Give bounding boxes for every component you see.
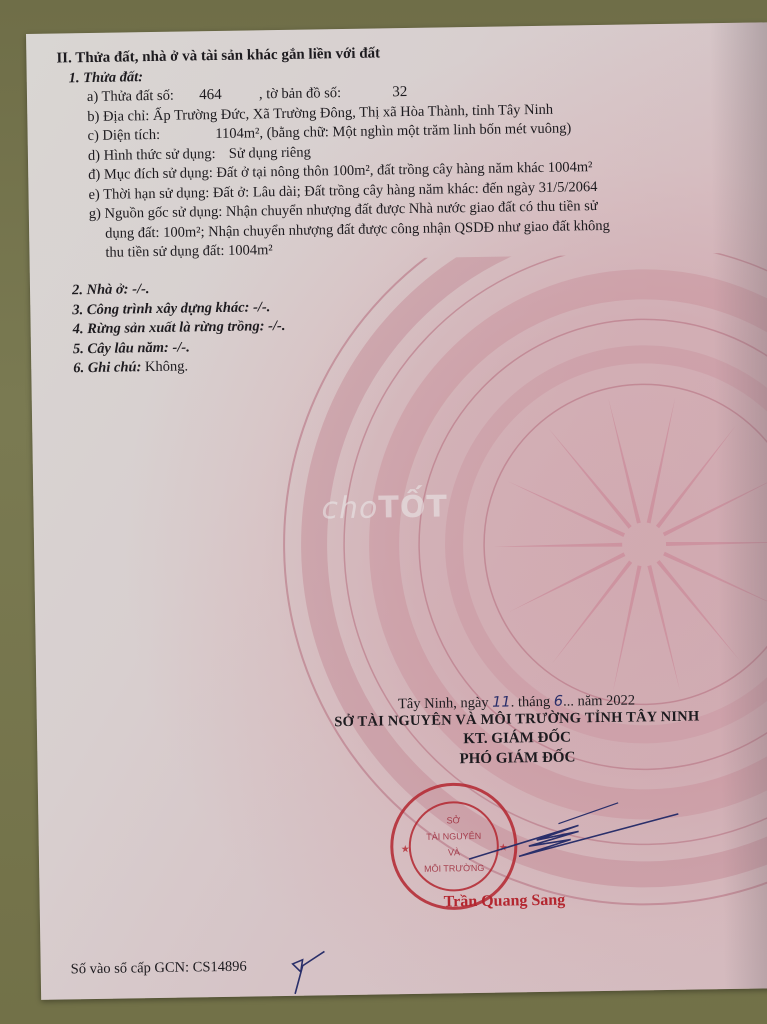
asset-item-value: Không. [145, 358, 188, 375]
certificate-register-number: Số vào sổ cấp GCN: CS14896 [71, 959, 247, 979]
date-year: năm 2022 [577, 693, 635, 710]
chotot-watermark: choTỐT [321, 489, 448, 526]
date-prefix: Tây Ninh, ngày [398, 695, 489, 712]
asset-item-value: -/-. [172, 339, 190, 355]
asset-item-label: 2. Nhà ở: [72, 281, 132, 298]
parcel-number-label: a) Thửa đất số: [87, 88, 174, 105]
register-label: Số vào sổ cấp GCN: [71, 960, 190, 978]
date-day: 11 [492, 694, 511, 710]
usage-form-value: Sử dụng riêng [229, 144, 311, 161]
usage-form-label: d) Hình thức sử dụng: [88, 146, 216, 164]
signer-name: Trần Quang Sang [444, 892, 566, 912]
register-value: CS14896 [193, 959, 247, 976]
asset-item-value: -/-. [268, 318, 286, 334]
asset-item-label: 6. Ghi chú: [73, 359, 145, 376]
svg-text:VÀ: VÀ [448, 847, 460, 857]
svg-text:★: ★ [401, 844, 410, 855]
asset-items-list: 2. Nhà ở: -/-.3. Công trình xây dựng khá… [72, 278, 286, 379]
svg-text:SỞ: SỞ [446, 814, 460, 825]
asset-item-value: -/-. [253, 299, 271, 315]
watermark-part-1: cho [321, 491, 378, 527]
usage-purpose-label: đ) Mục đích sử dụng: [88, 165, 213, 183]
land-parcel-section: II. Thửa đất, nhà ở và tài sản khác gắn … [56, 39, 750, 264]
area-value: 1104m², (bằng chữ: Một nghìn một trăm li… [215, 120, 571, 142]
map-sheet-label: , tờ bản đồ số: [259, 85, 341, 102]
usage-purpose-value: Đất ở tại nông thôn 100m², đất trồng cây… [216, 159, 592, 181]
svg-text:TÀI NGUYÊN: TÀI NGUYÊN [426, 831, 481, 842]
svg-text:MÔI TRƯỜNG: MÔI TRƯỜNG [424, 863, 484, 874]
svg-text:★: ★ [499, 843, 508, 854]
watermark-part-2: TỐT [378, 489, 448, 525]
asset-item-label: 4. Rừng sản xuất là rừng trồng: [73, 318, 269, 337]
initial-check-mark-icon [288, 947, 329, 998]
asset-item-label: 5. Cây lâu năm: [73, 339, 173, 357]
asset-item-value: -/-. [132, 281, 150, 297]
asset-item: 6. Ghi chú: Không. [73, 356, 286, 379]
map-sheet-value: 32 [392, 84, 407, 100]
parcel-number-value: 464 [199, 87, 222, 103]
usage-term-label: e) Thời hạn sử dụng: [88, 185, 209, 203]
asset-item: 4. Rừng sản xuất là rừng trồng: -/-. [73, 317, 286, 340]
certificate-page: II. Thửa đất, nhà ở và tài sản khác gắn … [26, 22, 767, 1000]
signature-block: Tây Ninh, ngày 11. tháng 6... năm 2022 S… [276, 691, 757, 773]
date-month: 6 [554, 694, 563, 710]
usage-origin-label: g) Nguồn gốc sử dụng: [89, 204, 223, 222]
area-label: c) Diện tích: [87, 127, 160, 144]
asset-item-label: 3. Công trình xây dựng khác: [72, 299, 253, 318]
month-prefix: tháng [518, 694, 550, 711]
usage-origin-value-1: Nhận chuyển nhượng đất được Nhà nước gia… [226, 198, 598, 220]
address-label: b) Địa chỉ: [87, 108, 149, 125]
